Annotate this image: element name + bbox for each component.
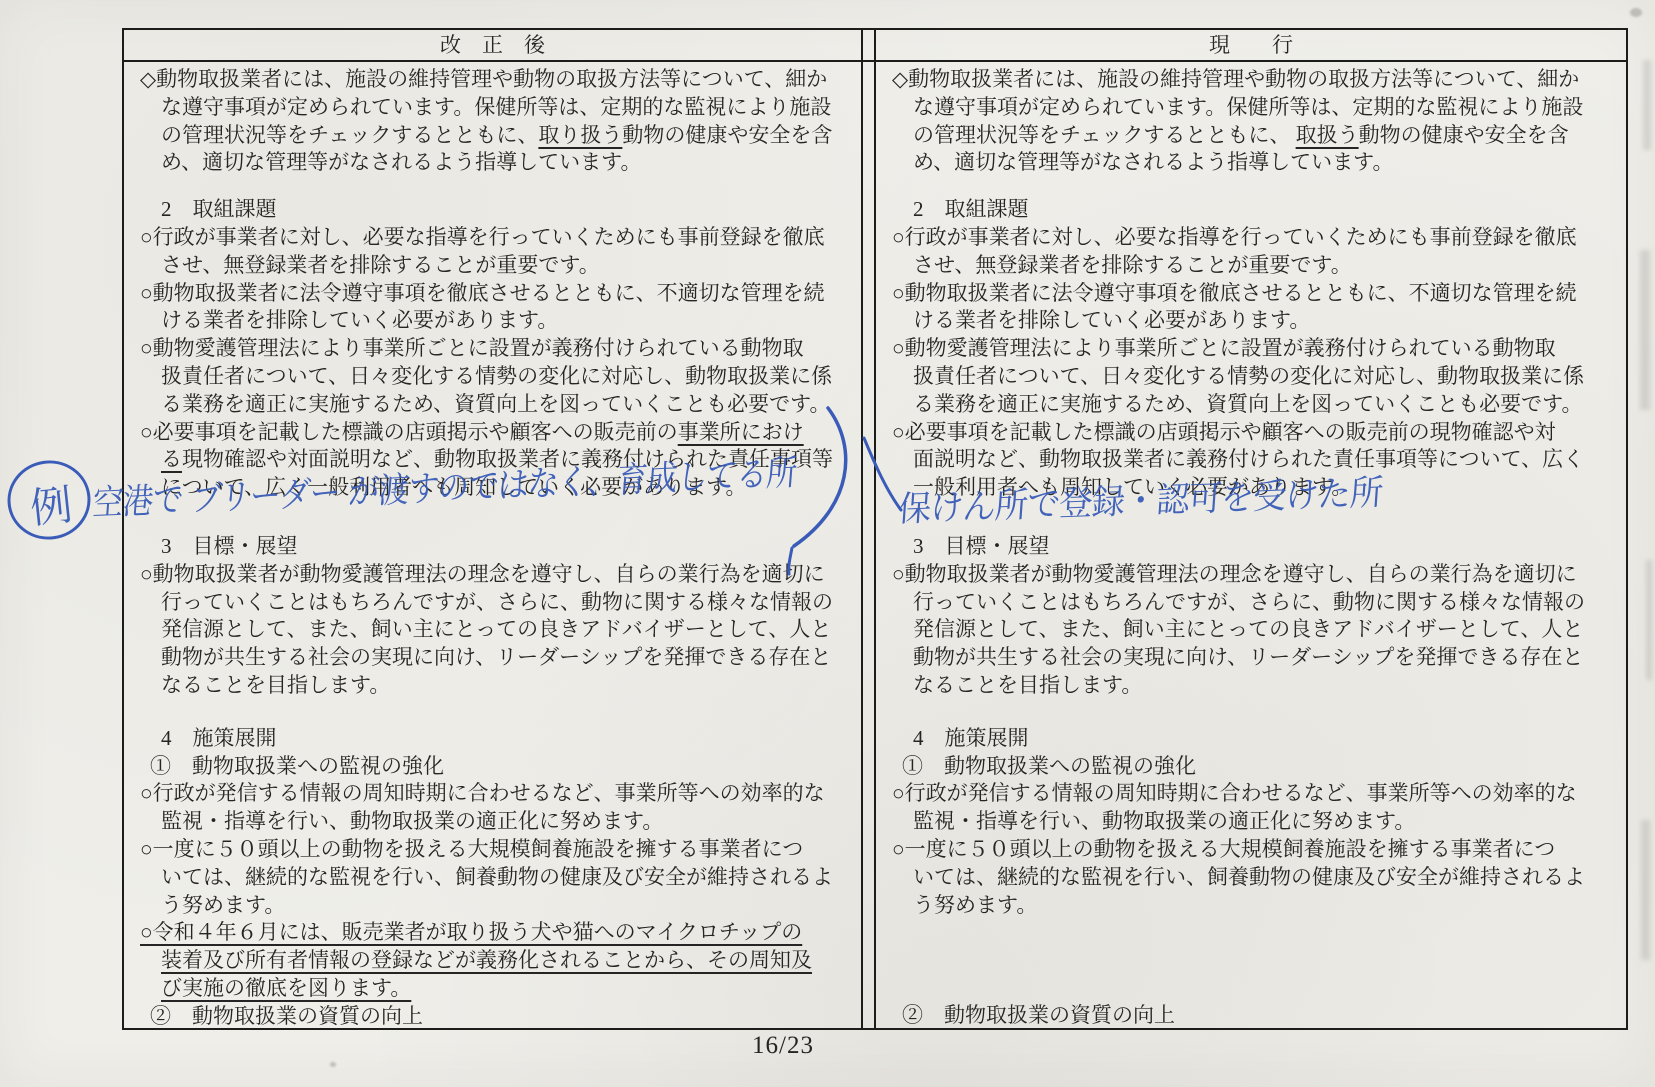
paragraph: ○動物愛護管理法により事業所ごとに設置が義務付けられている動物取 扱責任者につい…: [892, 335, 1620, 418]
paragraph: ○令和４年６月には、販売業者が取り扱う犬や猫へのマイクロチップの 装着及び所有者…: [140, 919, 854, 1002]
column-current: ◇動物取扱業者には、施設の維持管理や動物の取扱方法等について、細か な遵守事項が…: [874, 62, 1626, 1028]
text-run: ○一度に５０頭以上の動物を扱える大規模飼養施設を擁する事業者につ いては、継続的…: [140, 837, 833, 917]
paragraph: ◇動物取扱業者には、施設の維持管理や動物の取扱方法等について、細か な遵守事項が…: [140, 66, 854, 177]
section-heading: ① 動物取扱業への監視の強化: [892, 753, 1620, 781]
underlined-text: 取扱う: [1296, 123, 1359, 147]
paragraph: ○動物取扱業者に法令遵守事項を徹底させるとともに、不適切な管理を続 ける業者を排…: [892, 280, 1620, 336]
column-divider-gap: [863, 62, 874, 1028]
handwritten-example-mark: 例: [27, 472, 75, 536]
table-header-row: 改 正 後 現 行: [124, 30, 1626, 62]
paragraph: ◇動物取扱業者には、施設の維持管理や動物の取扱方法等について、細か な遵守事項が…: [892, 66, 1620, 177]
spacer: [140, 177, 854, 196]
underlined-text: 取り扱う: [538, 123, 622, 147]
text-run: ○動物取扱業者に法令遵守事項を徹底させるとともに、不適切な管理を続 ける業者を排…: [140, 281, 825, 333]
paragraph: ○行政が事業者に対し、必要な指導を行っていくためにも事前登録を徹底 させ、無登録…: [892, 224, 1620, 280]
paragraph: ○一度に５０頭以上の動物を扱える大規模飼養施設を擁する事業者につ いては、継続的…: [892, 836, 1620, 919]
page-number: 16/23: [752, 1032, 814, 1060]
paragraph: ○動物取扱業者が動物愛護管理法の理念を遵守し、自らの業行為を適切に 行っていくこ…: [892, 561, 1620, 700]
column-after-revision: ◇動物取扱業者には、施設の維持管理や動物の取扱方法等について、細か な遵守事項が…: [124, 62, 863, 1028]
paragraph: ○一度に５０頭以上の動物を扱える大規模飼養施設を擁する事業者につ いては、継続的…: [140, 836, 854, 919]
section-heading: 4 施策展開: [140, 725, 854, 753]
header-current: 現 行: [874, 30, 1626, 60]
revision-comparison-table: 改 正 後 現 行 ◇動物取扱業者には、施設の維持管理や動物の取扱方法等について…: [122, 28, 1628, 1030]
scan-speck: [1630, 8, 1642, 17]
text-run: ○行政が事業者に対し、必要な指導を行っていくためにも事前登録を徹底 させ、無登録…: [140, 225, 825, 277]
text-run: ○動物取扱業者が動物愛護管理法の理念を遵守し、自らの業行為を適切に 行っていくこ…: [140, 562, 833, 697]
text-run: ○動物愛護管理法により事業所ごとに設置が義務付けられている動物取 扱責任者につい…: [892, 336, 1584, 416]
section-heading: ① 動物取扱業への監視の強化: [140, 753, 854, 781]
table-body-row: ◇動物取扱業者には、施設の維持管理や動物の取扱方法等について、細か な遵守事項が…: [124, 62, 1626, 1028]
scan-artifact: [1640, 250, 1650, 410]
scan-artifact: [1641, 820, 1650, 960]
spacer: [892, 177, 1620, 196]
spacer: [892, 700, 1620, 725]
section-heading: 2 取組課題: [140, 196, 854, 224]
paragraph: ○動物取扱業者が動物愛護管理法の理念を遵守し、自らの業行為を適切に 行っていくこ…: [140, 561, 854, 700]
spacer: [892, 919, 1620, 1002]
text-run: ○動物取扱業者が動物愛護管理法の理念を遵守し、自らの業行為を適切に 行っていくこ…: [892, 562, 1585, 697]
text-run: ○行政が事業者に対し、必要な指導を行っていくためにも事前登録を徹底 させ、無登録…: [892, 225, 1577, 277]
section-heading: 3 目標・展望: [140, 533, 854, 561]
scan-artifact: [1646, 560, 1652, 680]
text-run: ○動物取扱業者に法令遵守事項を徹底させるとともに、不適切な管理を続 ける業者を排…: [892, 281, 1577, 333]
text-run: ○動物愛護管理法により事業所ごとに設置が義務付けられている動物取 扱責任者につい…: [140, 336, 832, 416]
scan-speck: [330, 1062, 336, 1067]
section-heading: 4 施策展開: [892, 725, 1620, 753]
paragraph: ○行政が発信する情報の周知時期に合わせるなど、事業所等への効率的な 監視・指導を…: [140, 780, 854, 836]
header-divider-gap: [863, 30, 874, 60]
text-run: ○行政が発信する情報の周知時期に合わせるなど、事業所等への効率的な 監視・指導を…: [892, 781, 1577, 833]
section-heading: 3 目標・展望: [892, 533, 1620, 561]
section-heading: 2 取組課題: [892, 196, 1620, 224]
spacer: [140, 700, 854, 725]
paragraph: ○動物愛護管理法により事業所ごとに設置が義務付けられている動物取 扱責任者につい…: [140, 335, 854, 418]
text-run: ○行政が発信する情報の周知時期に合わせるなど、事業所等への効率的な 監視・指導を…: [140, 781, 825, 833]
text-run: ○一度に５０頭以上の動物を扱える大規模飼養施設を擁する事業者につ いては、継続的…: [892, 837, 1585, 917]
paragraph: ○行政が発信する情報の周知時期に合わせるなど、事業所等への効率的な 監視・指導を…: [892, 780, 1620, 836]
header-after-revision: 改 正 後: [124, 30, 863, 60]
scan-artifact: [1643, 60, 1651, 150]
text-run: ○必要事項を記載した標識の店頭掲示や顧客への販売前の: [140, 420, 678, 444]
underlined-text: ○令和４年６月には、販売業者が取り扱う犬や猫へのマイクロチップの 装着及び所有者…: [140, 920, 812, 1000]
section-heading: ② 動物取扱業の資質の向上: [892, 1002, 1620, 1028]
section-heading: ② 動物取扱業の資質の向上: [140, 1003, 854, 1028]
paragraph: ○動物取扱業者に法令遵守事項を徹底させるとともに、不適切な管理を続 ける業者を排…: [140, 280, 854, 336]
paragraph: ○行政が事業者に対し、必要な指導を行っていくためにも事前登録を徹底 させ、無登録…: [140, 224, 854, 280]
